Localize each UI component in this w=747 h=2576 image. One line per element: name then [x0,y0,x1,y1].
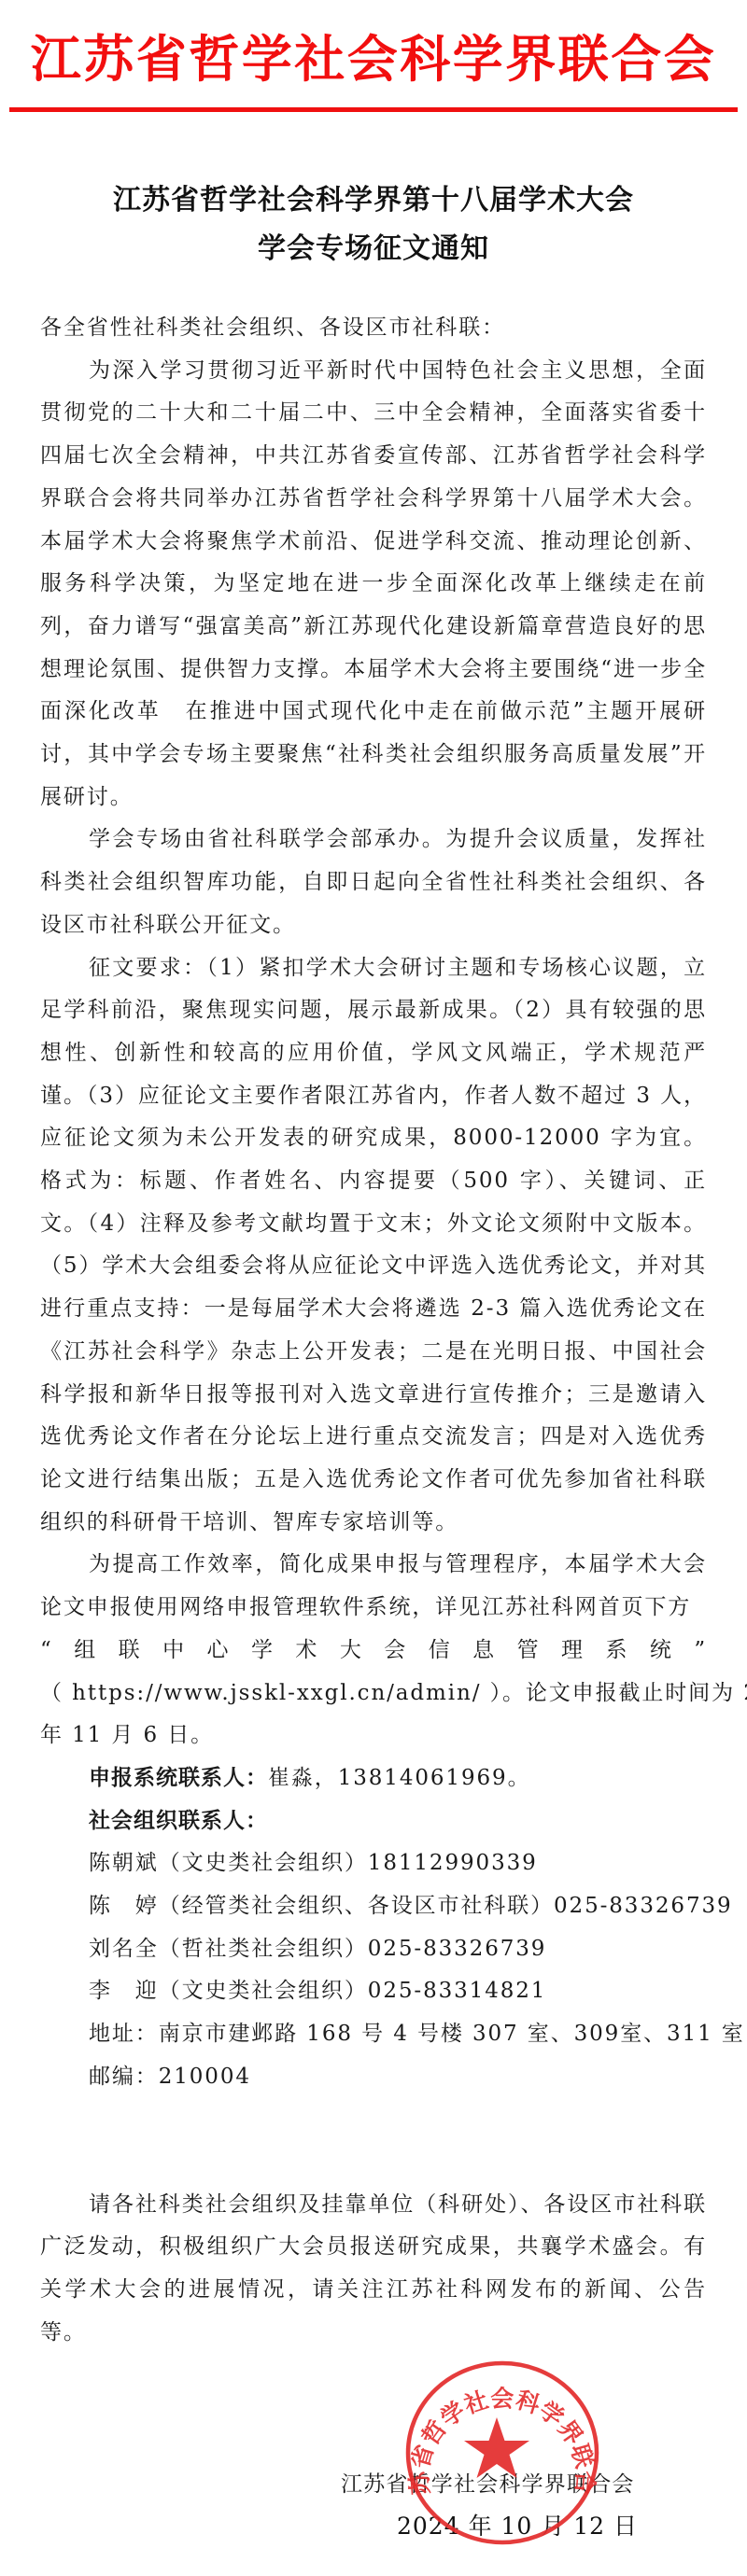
document-title-line1: 江苏省哲学社会科学界第十八届学术大会 [0,181,747,220]
address: 地址：南京市建邺路 168 号 4 号楼 307 室、309室、311 室 [40,2013,707,2056]
system-url[interactable]: （ https://www.jsskl-xxgl.cn/admin/ ）。论文申… [40,1681,747,1705]
org-contact-item: 陈 婷（经管类社会组织、各设区市社科联）025-83326739 [40,1885,707,1928]
salutation: 各全省性社科类社会组织、各设区市社科联： [40,307,707,350]
org-contacts-label: 社会组织联系人： [40,1800,707,1843]
spacer [40,2099,707,2184]
system-contact-value: 崔淼，13814061969。 [268,1766,530,1790]
org-contact-item: 刘名全（哲社类社会组织）025-83326739 [40,1928,707,1971]
document-body: 各全省性社科类社会组织、各设区市社科联： 为深入学习贯彻习近平新时代中国特色社会… [40,307,707,2354]
paragraph-closing: 请各社科类社会组织及挂靠单位（科研处）、各设区市社科联广泛发动，积极组织广大会员… [40,2184,707,2355]
signature-date: 2024 年 10 月 12 日 [397,2511,677,2542]
document-title-line2: 学会专场征文通知 [0,230,747,269]
system-contact-label: 申报系统联系人： [89,1766,268,1790]
deadline-line: 年 11 月 6 日。 [40,1715,707,1757]
masthead-title: 江苏省哲学社会科学界联合会 [0,26,747,91]
postcode: 邮编：210004 [40,2056,707,2099]
paragraph-organizer: 学会专场由省社科联学会部承办。为提升会议质量，发挥社科类社会组织智库功能，自即日… [40,819,707,946]
system-contact: 申报系统联系人：崔淼，13814061969。 [40,1757,707,1800]
paragraph-requirements: 征文要求：（1）紧扣学术大会研讨主题和专场核心议题，立足学科前沿，聚焦现实问题，… [40,947,707,1545]
system-name-line: “ 组 联 中 心 学 术 大 会 信 息 管 理 系 统 ” [40,1630,707,1673]
system-url-line: （ https://www.jsskl-xxgl.cn/admin/ ）。论文申… [40,1673,707,1715]
red-divider [9,107,738,112]
org-contact-item: 陈朝斌（文史类社会组织）18112990339 [40,1842,707,1885]
paragraph-submission: 为提高工作效率，简化成果申报与管理程序，本届学术大会论文申报使用网络申报管理软件… [40,1544,707,1629]
paragraph-background: 为深入学习贯彻习近平新时代中国特色社会主义思想，全面贯彻党的二十大和二十届二中、… [40,350,707,819]
org-contact-item: 李 迎（文史类社会组织）025-83314821 [40,1970,707,2013]
signature-organization: 江苏省哲学社会科学界联合会 [341,2469,714,2500]
